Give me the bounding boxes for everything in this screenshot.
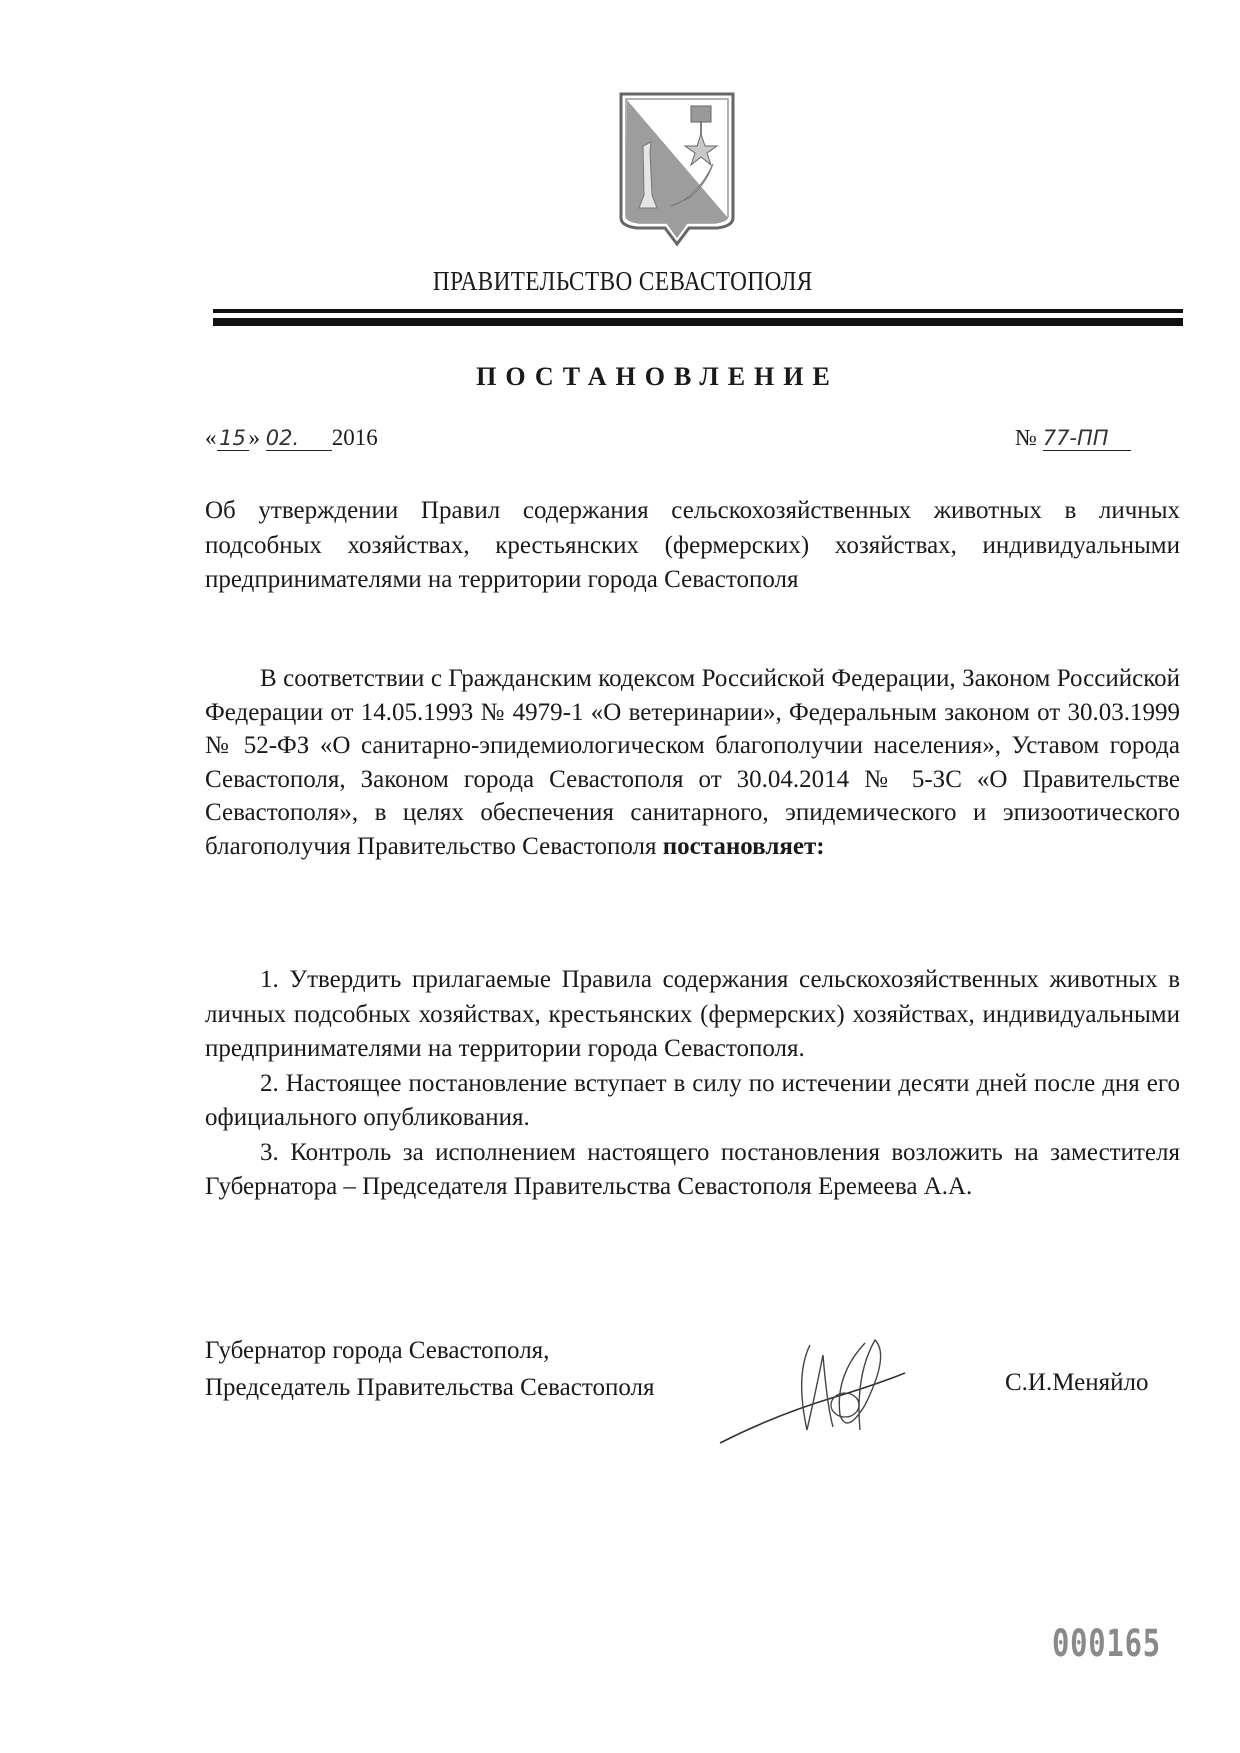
decree-word: постановляет:	[663, 833, 825, 860]
date-close-quote: »	[249, 425, 261, 450]
preamble: В соответствии с Гражданским кодексом Ро…	[205, 662, 1180, 864]
number-value: 77-ПП	[1043, 426, 1131, 451]
date-open-quote: «	[205, 425, 217, 450]
document-number: № 77-ПП	[1015, 425, 1131, 451]
signer-title: Губернатор города Севастополя, Председат…	[205, 1332, 654, 1406]
preamble-text: В соответствии с Гражданским кодексом Ро…	[205, 665, 1180, 860]
header-rule-thin	[213, 309, 1183, 313]
date-month: 02.	[266, 426, 332, 451]
decree-items: 1. Утвердить прилагаемые Правила содержа…	[205, 963, 1180, 1205]
decree-item-2: 2. Настоящее постановление вступает в си…	[205, 1067, 1180, 1136]
decree-item-3: 3. Контроль за исполнением настоящего по…	[205, 1136, 1180, 1205]
coat-of-arms-icon	[617, 90, 737, 250]
signer-name: С.И.Меняйло	[1005, 1369, 1148, 1397]
government-title: ПРАВИТЕЛЬСТВО СЕВАСТОПОЛЯ	[90, 266, 1156, 297]
document-subject: Об утверждении Правил содержания сельско…	[205, 494, 1180, 598]
header-rule-thick	[213, 318, 1183, 326]
handwritten-signature-icon	[715, 1335, 925, 1450]
registration-stamp-number: 000165	[1052, 1622, 1161, 1665]
document-date: «15» 02.2016	[205, 425, 378, 451]
signer-title-line-2: Председатель Правительства Севастополя	[205, 1369, 654, 1406]
document-type-title: ПОСТАНОВЛЕНИЕ	[0, 362, 1240, 392]
number-label: №	[1015, 425, 1037, 450]
date-day: 15	[217, 426, 249, 451]
signer-title-line-1: Губернатор города Севастополя,	[205, 1332, 654, 1369]
date-year: 2016	[332, 425, 378, 450]
decree-item-1: 1. Утвердить прилагаемые Правила содержа…	[205, 963, 1180, 1067]
